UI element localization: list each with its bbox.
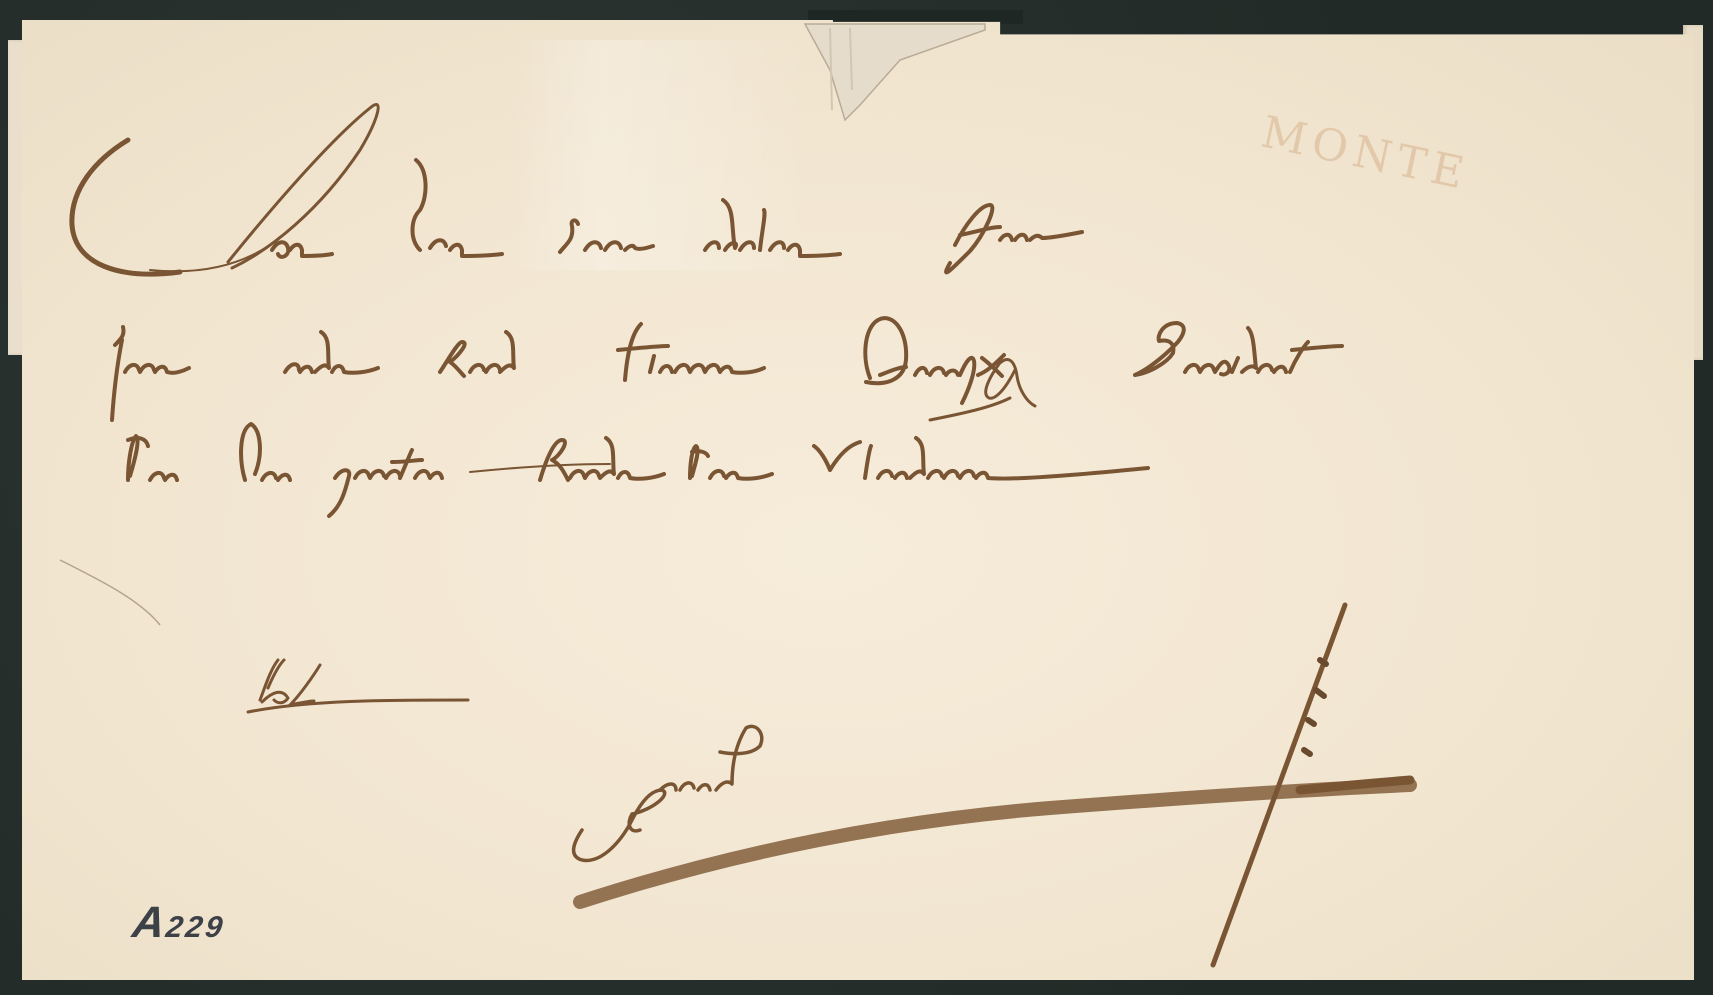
catalog-digits: 229 [164,911,228,944]
address-line-2: Heer ende Raed fiscael Diedicx President [110,330,1080,384]
address-line-1: Aen den Seer edelen Heer [110,210,725,264]
destination-city: Gend [580,760,724,823]
catalog-number: A229 [129,898,229,948]
crossed-out-mark: to1 [255,665,321,711]
mount-tab [808,10,1023,24]
address-line-3: van den grooten Raede van Vlanderen [125,440,1020,494]
